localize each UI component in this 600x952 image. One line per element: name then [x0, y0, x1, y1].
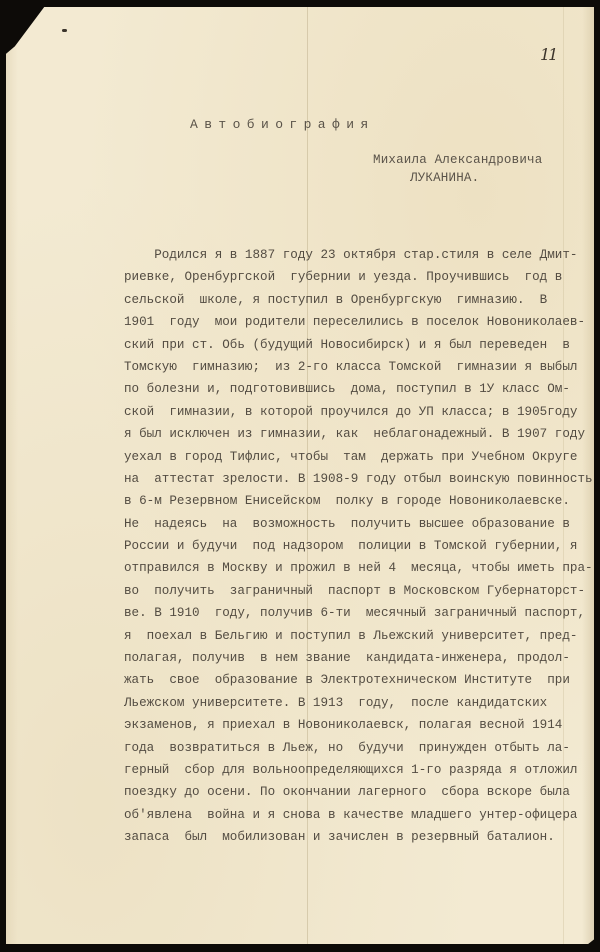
text-line: герный сбор для вольноопределяющихся 1-г…	[124, 759, 600, 781]
text-line: Томскую гимназию; из 2-го класса Томской…	[124, 356, 600, 378]
body-text: Родился я в 1887 году 23 октября стар.ст…	[124, 244, 600, 849]
text-line: полагая, получив в нем звание кандидата-…	[124, 647, 600, 669]
text-line: я поехал в Бельгию и поступил в Льежский…	[124, 625, 600, 647]
document-page: 11 Автобиография Михаила Александровича …	[6, 7, 594, 944]
text-line: ской гимназии, в которой проучился до УП…	[124, 401, 600, 423]
text-line: экзаменов, я приехал в Новониколаевск, п…	[124, 714, 600, 736]
text-line: отправился в Москву и прожил в ней 4 мес…	[124, 557, 600, 579]
text-line: 1901 году мои родители переселились в по…	[124, 311, 600, 333]
text-line: во получить заграничный паспорт в Москов…	[124, 580, 600, 602]
text-line: риевке, Оренбургской губернии и уезда. П…	[124, 266, 600, 288]
folio-number: 11	[540, 45, 556, 64]
text-line: запаса был мобилизован и зачислен в резе…	[124, 826, 600, 848]
text-line: по болезни и, подготовившись дома, посту…	[124, 378, 600, 400]
author-name: Михаила Александровича	[373, 153, 542, 167]
ink-speck	[62, 29, 67, 32]
text-line: Не надеясь на возможность получить высше…	[124, 513, 600, 535]
text-line: сельской школе, я поступил в Оренбургску…	[124, 289, 600, 311]
text-line: жать свое образование в Электротехническ…	[124, 669, 600, 691]
text-line: поездку до осени. По окончании лагерного…	[124, 781, 600, 803]
text-line: я был исключен из гимназии, как неблагон…	[124, 423, 600, 445]
text-line: уехал в город Тифлис, чтобы там держать …	[124, 446, 600, 468]
text-line: об'явлена война и я снова в качестве мла…	[124, 804, 600, 826]
text-line: в 6-м Резервном Енисейском полку в город…	[124, 490, 600, 512]
text-line: России и будучи под надзором полиции в Т…	[124, 535, 600, 557]
text-line: ве. В 1910 году, получив 6-ти месячный з…	[124, 602, 600, 624]
text-line: года возвратиться в Льеж, но будучи прин…	[124, 737, 600, 759]
document-title: Автобиография	[190, 117, 375, 132]
text-line: Родился я в 1887 году 23 октября стар.ст…	[124, 244, 600, 266]
author-surname: ЛУКАНИНА.	[410, 171, 479, 185]
text-line: на аттестат зрелости. В 1908-9 году отбы…	[124, 468, 600, 490]
text-line: Льежском университете. В 1913 году, посл…	[124, 692, 600, 714]
text-line: ский при ст. Обь (будущий Новосибирск) и…	[124, 334, 600, 356]
